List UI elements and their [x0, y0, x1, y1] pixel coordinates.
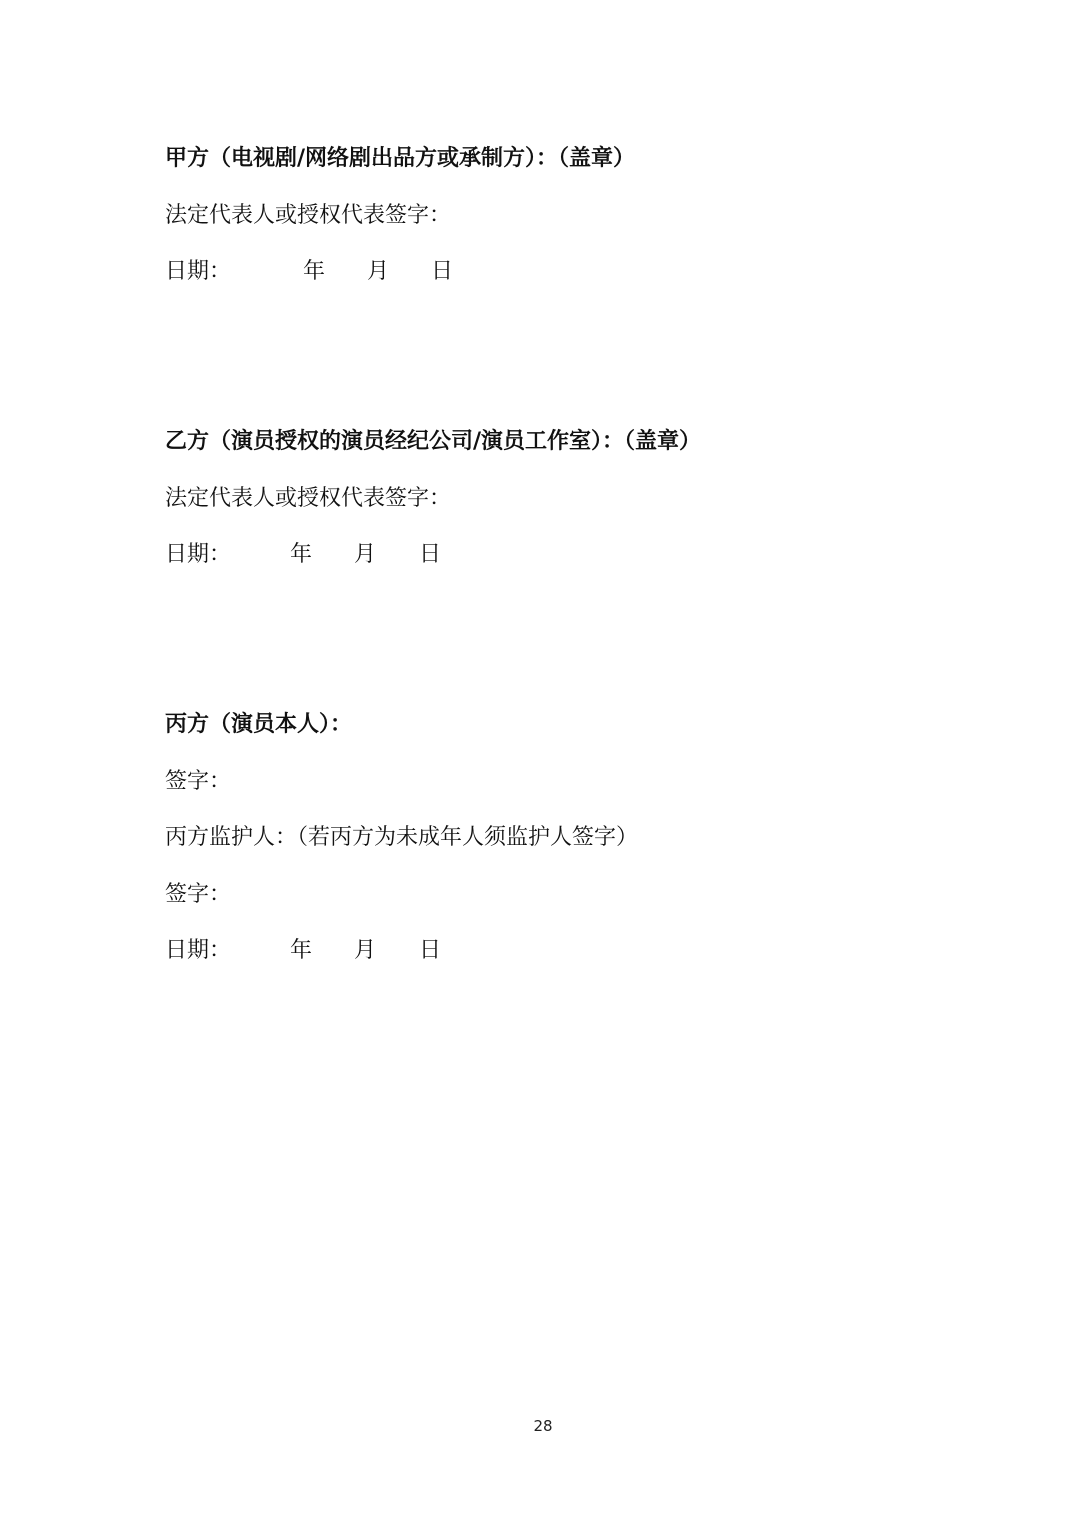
- day-label: 日: [419, 937, 441, 965]
- party-c-guardian-sign-label: 签字：: [165, 881, 231, 909]
- page-number: 28: [0, 1417, 1080, 1435]
- day-label: 日: [431, 258, 453, 286]
- party-a-heading: 甲方（电视剧/网络剧出品方或承制方）：（盖章）: [165, 145, 635, 173]
- party-c-heading: 丙方（演员本人）：: [165, 711, 352, 739]
- month-label: 月: [367, 258, 389, 286]
- date-label: 日期：: [165, 258, 231, 286]
- party-a-sign-label: 法定代表人或授权代表签字：: [165, 202, 451, 230]
- party-c-guardian-label: 丙方监护人：（若丙方为未成年人须监护人签字）: [165, 824, 638, 852]
- party-c-sign-label: 签字：: [165, 768, 231, 796]
- year-label: 年: [303, 258, 325, 286]
- month-label: 月: [354, 937, 376, 965]
- date-label: 日期：: [165, 541, 231, 569]
- year-label: 年: [290, 541, 312, 569]
- party-b-sign-label: 法定代表人或授权代表签字：: [165, 485, 451, 513]
- party-b-heading: 乙方（演员授权的演员经纪公司/演员工作室）：（盖章）: [165, 428, 701, 456]
- date-label: 日期：: [165, 937, 231, 965]
- day-label: 日: [419, 541, 441, 569]
- month-label: 月: [354, 541, 376, 569]
- year-label: 年: [290, 937, 312, 965]
